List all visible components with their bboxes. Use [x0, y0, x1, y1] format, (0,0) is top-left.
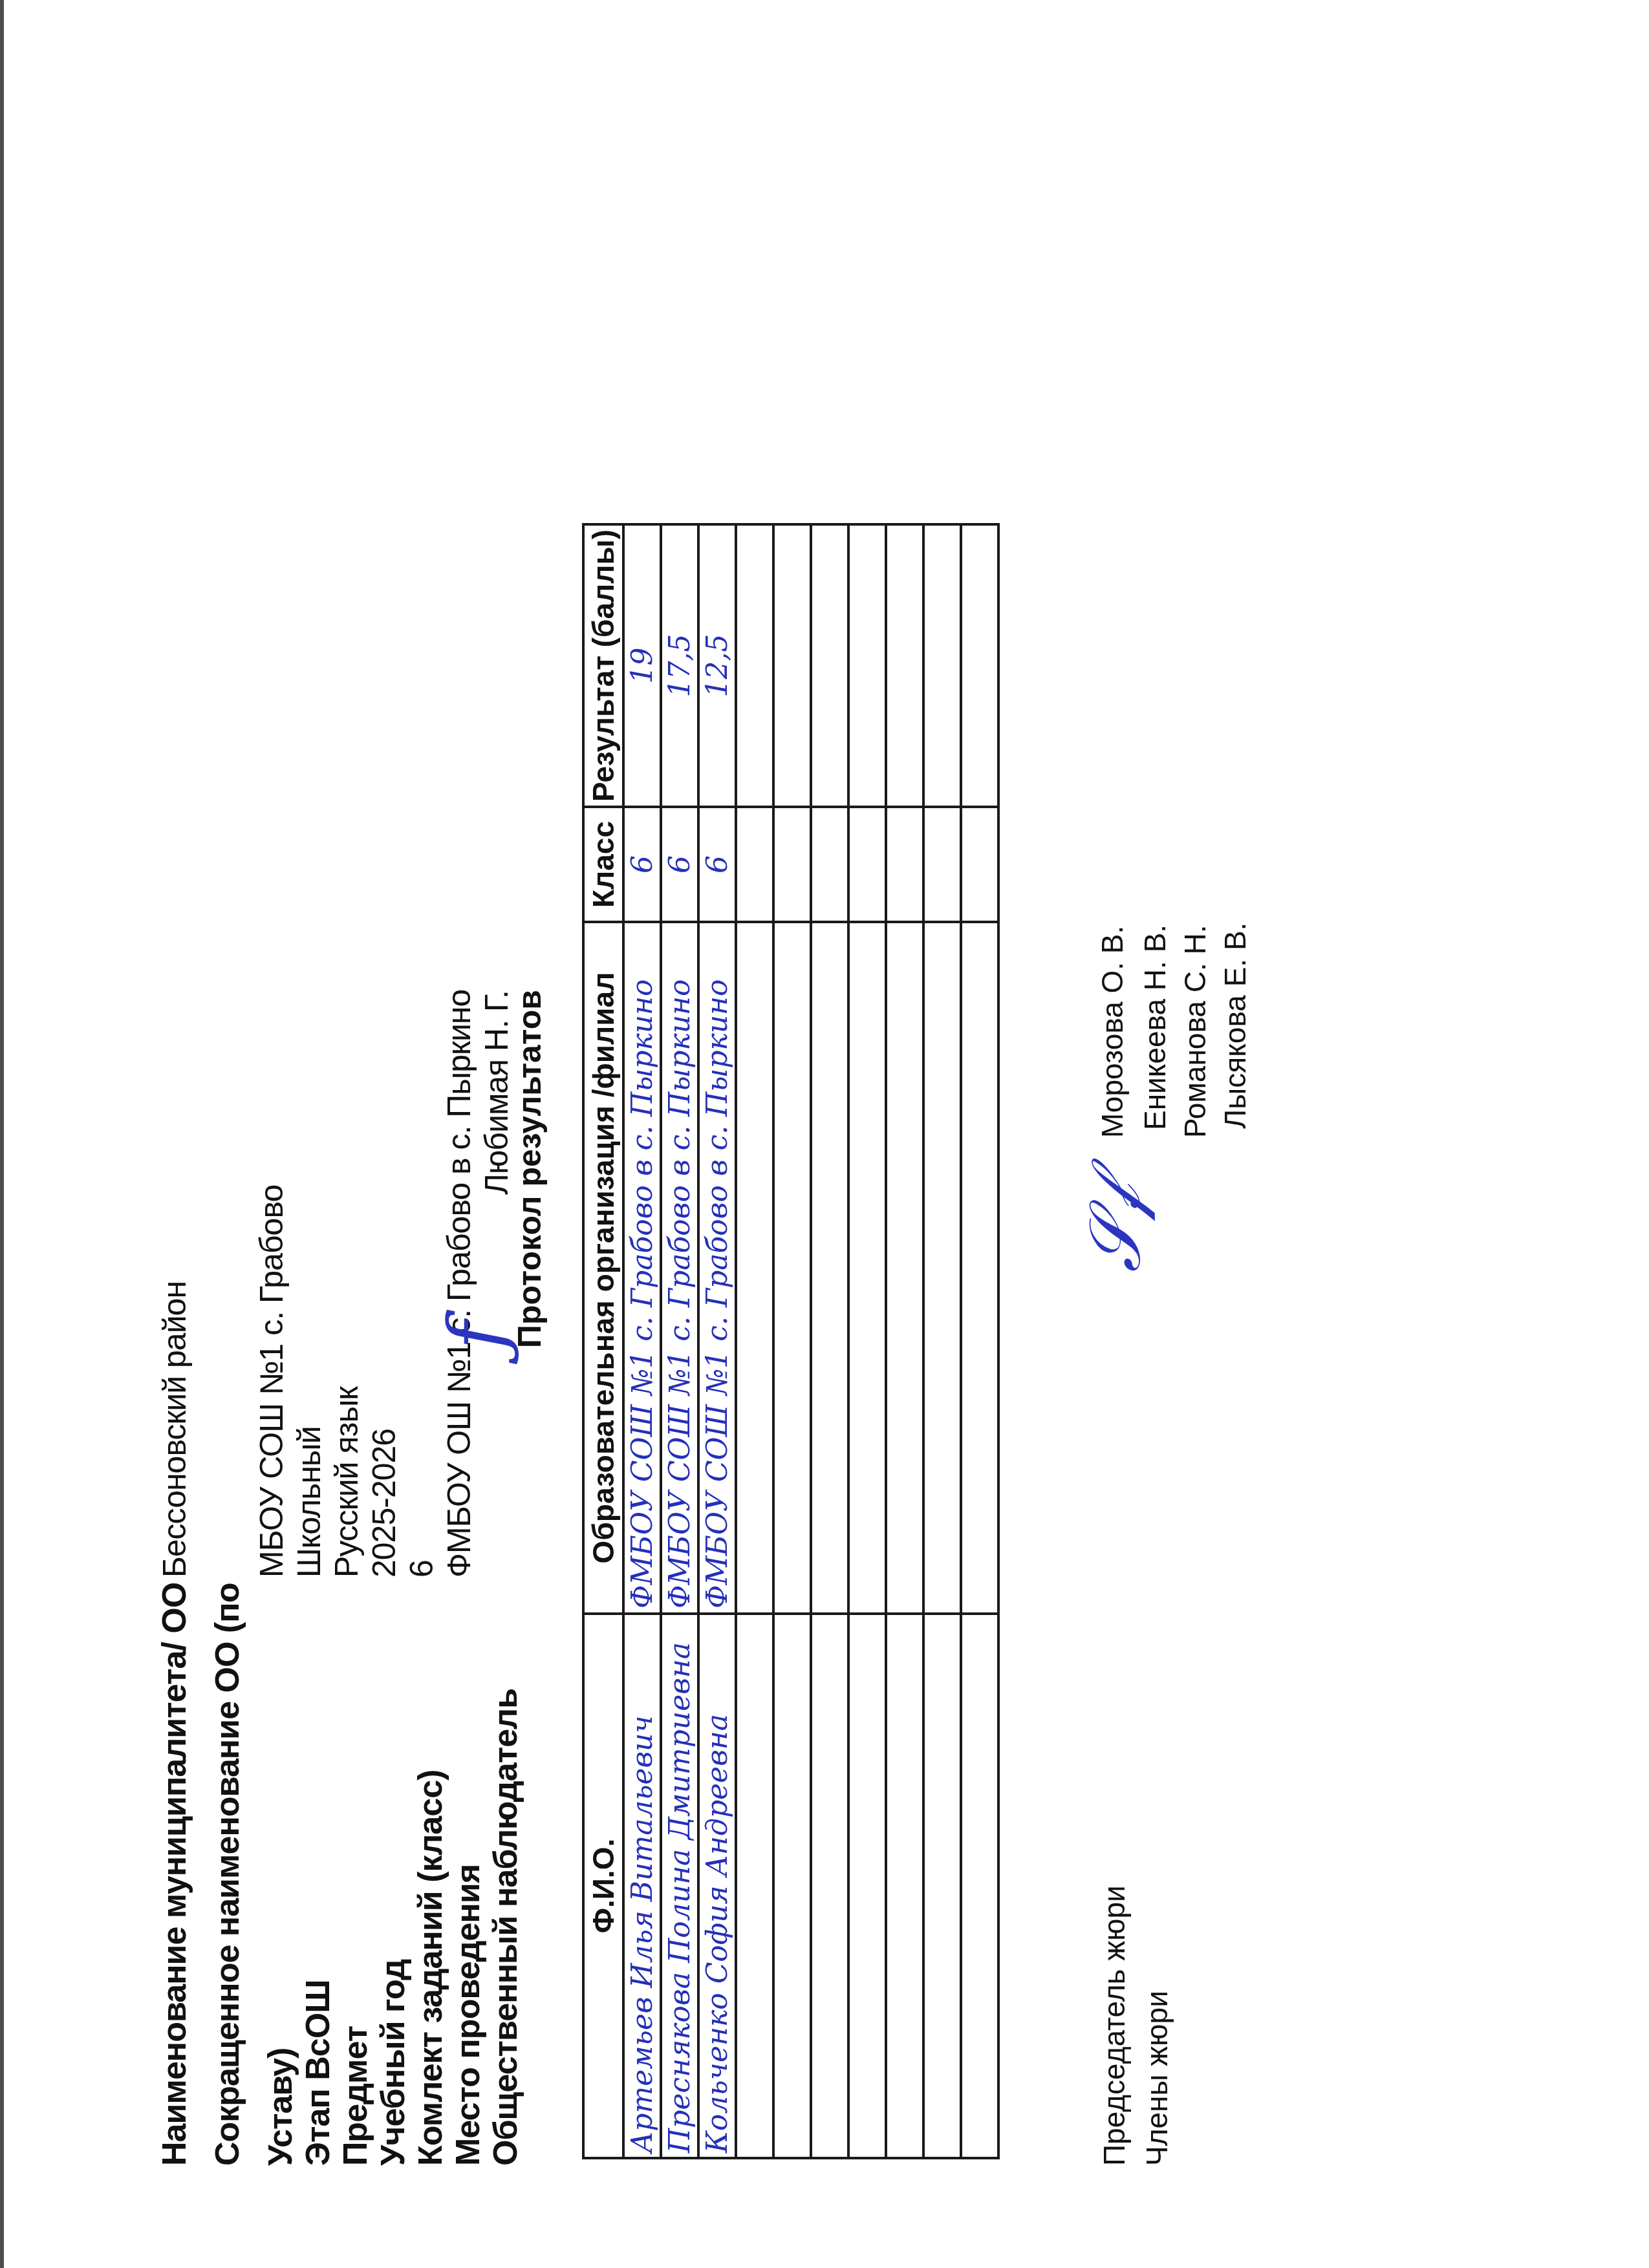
label-subject: Предмет	[336, 2026, 375, 2166]
cell-result	[848, 524, 886, 807]
value-task-set: 6	[402, 1560, 441, 1578]
cell-fio	[811, 1614, 848, 2158]
jury-name-1: Морозова О. В.	[1093, 926, 1132, 1138]
jury-name-4: Лысякова Е. В.	[1216, 923, 1255, 1129]
results-table: Ф.И.О. Образовательная организация /фили…	[582, 523, 1000, 2159]
table-header-row: Ф.И.О. Образовательная организация /фили…	[583, 524, 623, 2158]
cell-organization	[736, 922, 773, 1614]
label-stage: Этап ВсОШ	[299, 1980, 338, 2166]
rotated-document-page: Наименование муниципалитета/ ОО Сокращен…	[0, 0, 1649, 2268]
value-stage: Школьный	[290, 1426, 329, 1578]
header-result: Результат (баллы)	[583, 524, 623, 807]
cell-organization	[848, 922, 886, 1614]
cell-fio	[961, 1614, 998, 2158]
cell-result	[736, 524, 773, 807]
jury-signatures: 𝒮𝒻	[1073, 1186, 1158, 1272]
cell-class	[923, 807, 961, 922]
jury-name-3: Романова С. Н.	[1176, 925, 1214, 1138]
cell-organization: ФМБОУ СОШ №1 с. Грабово в с. Пыркино	[623, 922, 661, 1614]
cell-organization	[923, 922, 961, 1614]
cell-class: 6	[698, 807, 736, 922]
cell-class	[811, 807, 848, 922]
table-row	[811, 524, 848, 2158]
label-observer: Общественный наблюдатель	[486, 1689, 525, 2166]
cell-class	[961, 807, 998, 922]
observer-signature: ƒ	[433, 1321, 523, 1350]
cell-class: 6	[661, 807, 698, 922]
value-subject: Русский язык	[327, 1387, 366, 1578]
table-row: Преснякова Полина ДмитриевнаФМБОУ СОШ №1…	[661, 524, 698, 2158]
label-venue: Место проведения	[449, 1865, 488, 2166]
table-row	[886, 524, 923, 2158]
label-short-name: Сокращенное наименование ОО (по	[208, 1583, 247, 2166]
jury-name-2: Еникеева Н. В.	[1136, 925, 1174, 1130]
cell-result: 19	[623, 524, 661, 807]
cell-class	[773, 807, 811, 922]
value-venue: ФМБОУ ОШ №1 с. Грабово в с. Пыркино	[440, 990, 479, 1578]
table-row	[848, 524, 886, 2158]
label-year: Учебный год	[374, 1960, 413, 2166]
cell-fio	[773, 1614, 811, 2158]
cell-result	[773, 524, 811, 807]
table-row	[961, 524, 998, 2158]
cell-organization	[886, 922, 923, 1614]
value-municipality: Бессоновский район	[155, 1281, 194, 1578]
cell-result: 12,5	[698, 524, 736, 807]
header-fio: Ф.И.О.	[583, 1614, 623, 2158]
cell-organization: ФМБОУ СОШ №1 с. Грабово в с. Пыркино	[661, 922, 698, 1614]
value-short-name: МБОУ СОШ №1 с. Грабово	[252, 1185, 291, 1578]
cell-result	[923, 524, 961, 807]
jury-members-label: Члены жюри	[1136, 1991, 1178, 2166]
cell-class	[736, 807, 773, 922]
cell-fio: Кольченко София Андреевна	[698, 1614, 736, 2158]
label-short-name-cont: Уставу)	[261, 2048, 300, 2166]
cell-fio	[736, 1614, 773, 2158]
table-row	[736, 524, 773, 2158]
cell-result	[811, 524, 848, 807]
cell-class: 6	[623, 807, 661, 922]
cell-organization	[811, 922, 848, 1614]
cell-result: 17,5	[661, 524, 698, 807]
cell-class	[848, 807, 886, 922]
page-title: Протокол результатов	[511, 910, 548, 1428]
cell-fio	[886, 1614, 923, 2158]
cell-fio	[923, 1614, 961, 2158]
cell-fio: Артемьев Илья Витальевич	[623, 1614, 661, 2158]
scan-edge	[0, 0, 4, 2268]
cell-result	[886, 524, 923, 807]
cell-organization: ФМБОУ СОШ №1 с. Грабово в с. Пыркино	[698, 922, 736, 1614]
header-organization: Образовательная организация /филиал	[583, 922, 623, 1614]
header-class: Класс	[583, 807, 623, 922]
cell-result	[961, 524, 998, 807]
table-row	[923, 524, 961, 2158]
cell-class	[886, 807, 923, 922]
label-municipality: Наименование муниципалитета/ ОО	[155, 1583, 194, 2166]
jury-chair-label: Председатель жюри	[1093, 1885, 1136, 2166]
cell-organization	[773, 922, 811, 1614]
table-row	[773, 524, 811, 2158]
table-row: Артемьев Илья ВитальевичФМБОУ СОШ №1 с. …	[623, 524, 661, 2158]
value-year: 2025-2026	[365, 1429, 404, 1578]
cell-organization	[961, 922, 998, 1614]
cell-fio	[848, 1614, 886, 2158]
table-row: Кольченко София АндреевнаФМБОУ СОШ №1 с.…	[698, 524, 736, 2158]
cell-fio: Преснякова Полина Дмитриевна	[661, 1614, 698, 2158]
value-observer: Любимая Н. Г.	[477, 990, 516, 1195]
label-task-set: Комлект заданий (класс)	[411, 1770, 450, 2166]
